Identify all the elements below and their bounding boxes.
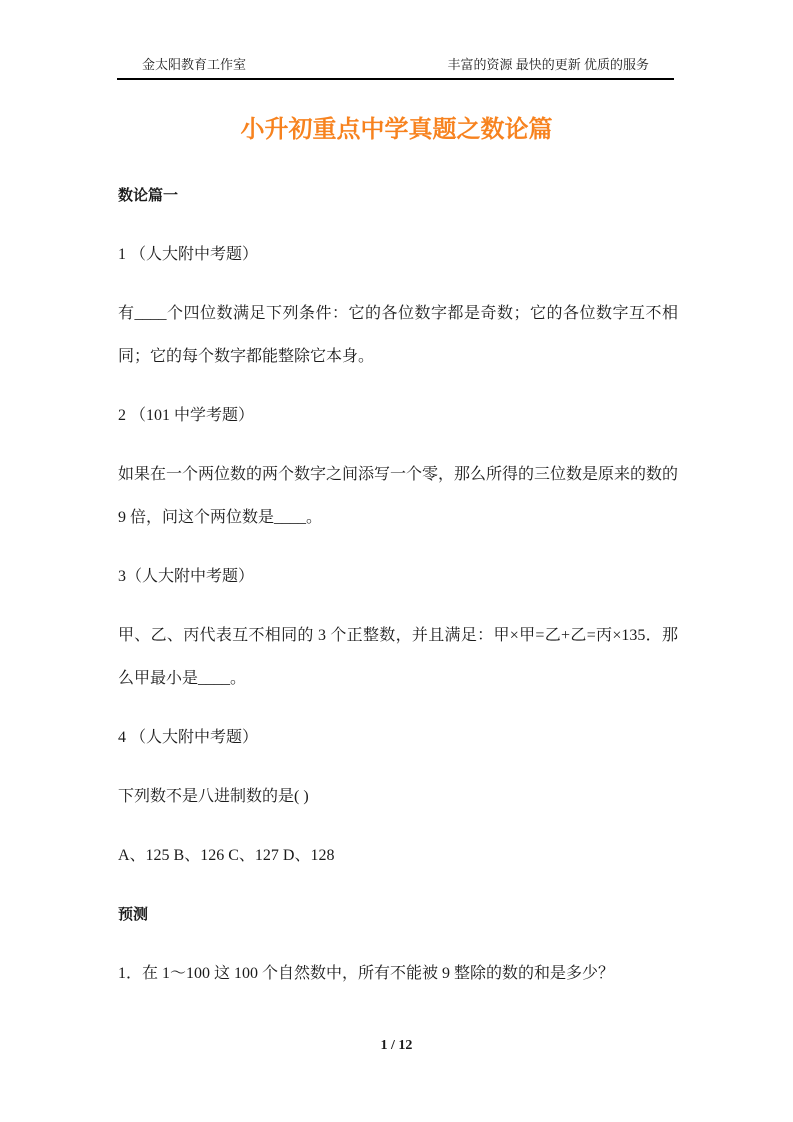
problem-2-label: 2 （101 中学考题） xyxy=(118,394,678,437)
page-number: 1 / 12 xyxy=(0,1036,793,1056)
page-header: 金太阳教育工作室 丰富的资源 最快的更新 优质的服务 xyxy=(117,0,674,80)
problem-1-text: 有____个四位数满足下列条件：它的各位数字都是奇数；它的各位数字互不相同；它的… xyxy=(118,292,678,378)
document-page: 金太阳教育工作室 丰富的资源 最快的更新 优质的服务 小升初重点中学真题之数论篇… xyxy=(0,0,793,1122)
problem-4-label: 4 （人大附中考题） xyxy=(118,716,678,759)
problem-2-text: 如果在一个两位数的两个数字之间添写一个零，那么所得的三位数是原来的数的 9 倍，… xyxy=(118,453,678,539)
header-right-text: 丰富的资源 最快的更新 优质的服务 xyxy=(447,57,649,73)
problem-4-options: A、125 B、126 C、127 D、128 xyxy=(118,834,678,877)
page-title: 小升初重点中学真题之数论篇 xyxy=(0,111,793,149)
header-left-text: 金太阳教育工作室 xyxy=(142,57,246,73)
problem-3-label: 3（人大附中考题） xyxy=(118,555,678,598)
problem-4-question: 下列数不是八进制数的是( ) xyxy=(118,775,678,818)
document-body: 数论篇一 1 （人大附中考题） 有____个四位数满足下列条件：它的各位数字都是… xyxy=(118,174,678,995)
problem-1-label: 1 （人大附中考题） xyxy=(118,233,678,276)
section-heading: 数论篇一 xyxy=(118,174,678,217)
prediction-problem-1: 1．在 1～100 这 100 个自然数中，所有不能被 9 整除的数的和是多少？ xyxy=(118,952,678,995)
problem-3-text: 甲、乙、丙代表互不相同的 3 个正整数，并且满足：甲×甲=乙+乙=丙×135．那… xyxy=(118,614,678,700)
prediction-heading: 预测 xyxy=(118,893,678,936)
